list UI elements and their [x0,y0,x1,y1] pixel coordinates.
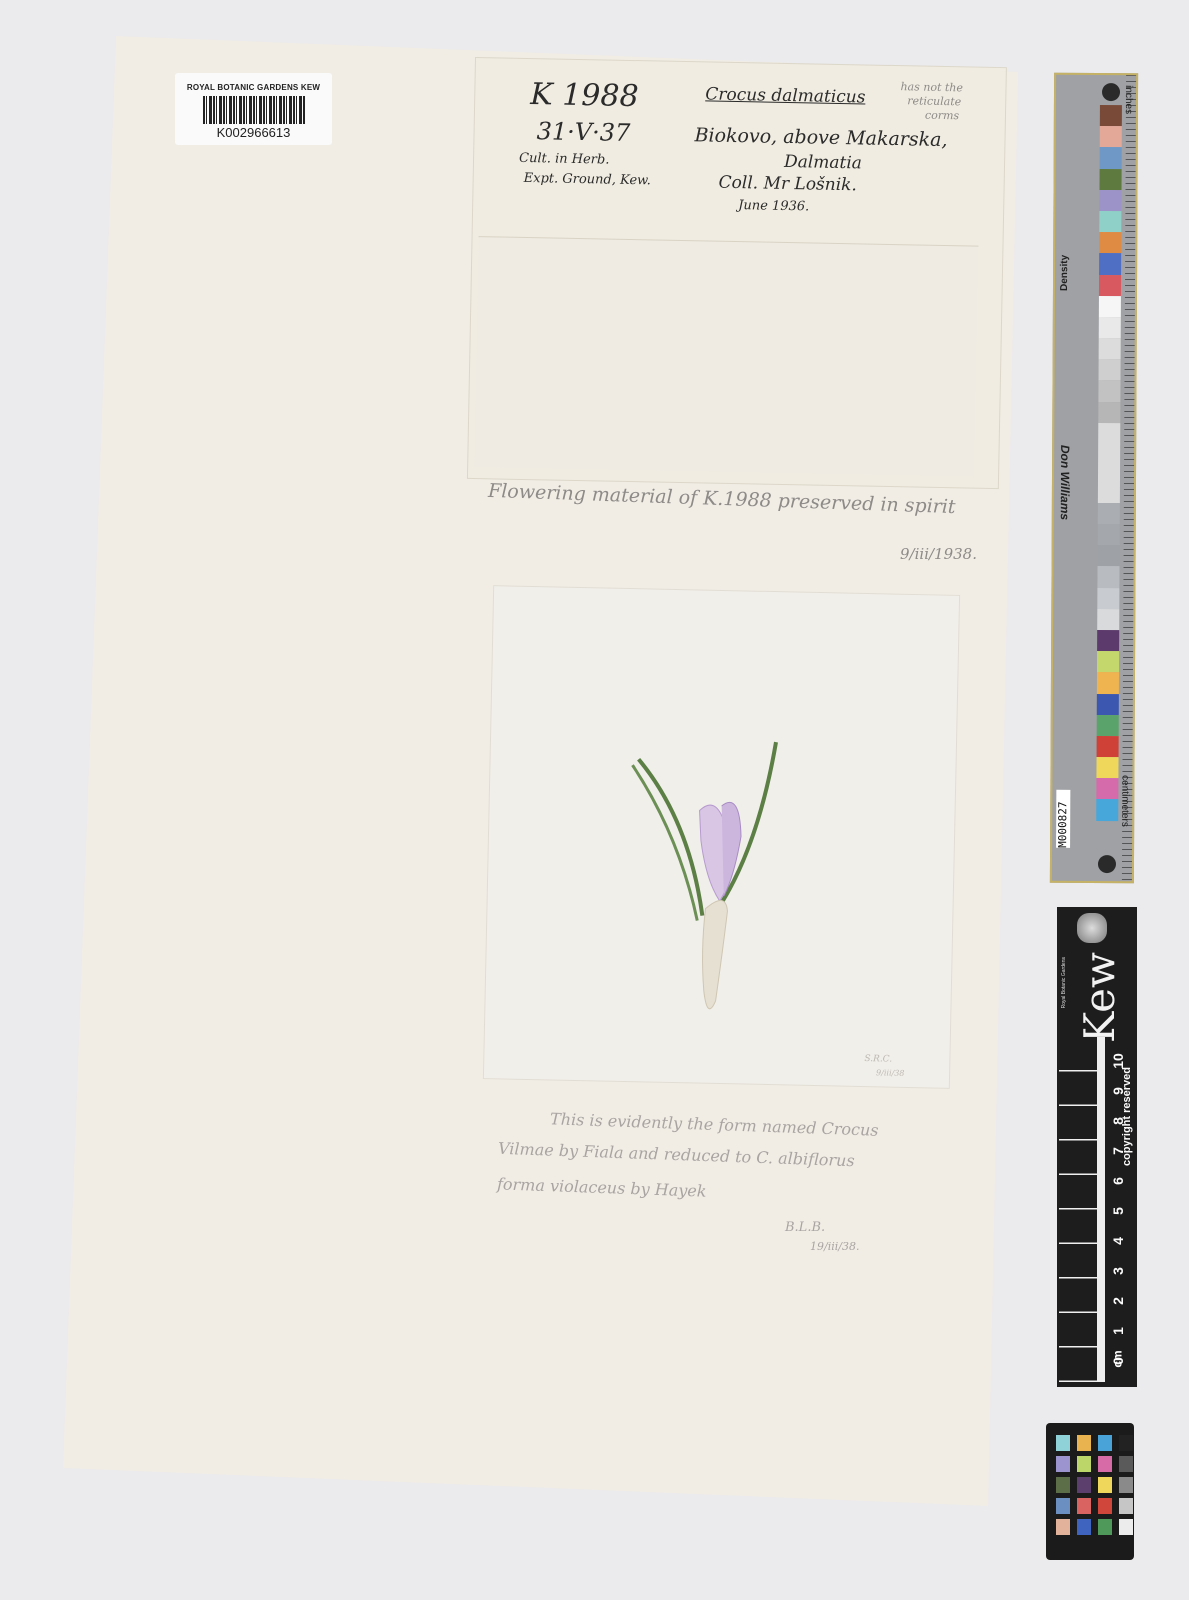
color-checker-card [1046,1423,1134,1560]
scale-tick-label: 1 [1110,1319,1126,1343]
scale-tick-label: 6 [1110,1169,1126,1193]
ruler-swatch [1097,672,1119,693]
copyright-label: copyright reserved [1121,1067,1133,1166]
scale-tick-label: 2 [1110,1289,1126,1313]
ruler-swatch [1100,147,1122,168]
scale-blocks [1059,1037,1105,1382]
ruler-swatch [1096,778,1118,799]
ruler-swatch [1099,253,1121,274]
spirit-annotation-date: 9/iii/1938. [900,545,977,563]
checker-cell [1119,1456,1133,1472]
ruler-swatch [1098,503,1120,524]
botanical-illustration: S.R.C. 9/iii/38 [483,585,960,1089]
ruler-swatch [1099,232,1121,253]
ruler-density-label: Density [1059,255,1070,291]
ruler-ticks [1122,75,1136,881]
checker-cell [1077,1477,1091,1493]
ruler-swatch [1099,317,1121,338]
specimen-envelope: K 1988 31·V·37 Crocus dalmaticus has not… [468,58,1006,488]
barcode-number: K002966613 [175,125,332,140]
ruler-id: M000827 [1056,790,1070,848]
ruler-swatch [1097,588,1119,609]
ruler-hole-icon [1102,83,1120,101]
ruler-swatch [1099,275,1121,296]
taxon-note-3: corms [925,109,959,123]
ruler-swatch [1099,296,1121,317]
checker-cell [1119,1477,1133,1493]
envelope-flap [474,236,978,477]
ruler-swatch [1098,402,1120,423]
ruler-swatch [1096,757,1118,778]
barcode-icon [203,96,305,124]
cultivation-line-1: Cult. in Herb. [519,151,610,168]
barcode-label: ROYAL BOTANIC GARDENS KEW K002966613 [175,73,332,145]
checker-cell [1056,1435,1070,1451]
checker-cell [1056,1498,1070,1514]
ruler-swatch [1098,423,1120,503]
ruler-swatch [1099,211,1121,232]
institution-name: ROYAL BOTANIC GARDENS KEW [175,83,332,92]
ruler-swatch [1097,651,1119,672]
cultivation-line-2: Expt. Ground, Kew. [524,171,651,188]
collection-date: June 1936. [738,198,809,214]
ruler-swatch [1100,105,1122,126]
ruler-swatch [1098,545,1120,566]
ruler-swatch [1100,169,1122,190]
ruler-hole-icon [1098,855,1116,873]
scale-tick-label: 3 [1110,1259,1126,1283]
ruler-swatch [1099,190,1121,211]
taxon-note-2: reticulate [907,94,961,108]
accession-number: K 1988 [530,77,639,114]
checker-cell [1119,1435,1133,1451]
ruler-brand: Don Williams [1058,445,1072,520]
scale-unit: cm [1111,1350,1125,1367]
checker-cell [1119,1498,1133,1514]
checker-cell [1098,1498,1112,1514]
kew-logo: Kew [1075,952,1124,1043]
note-initials: B.L.B. [785,1220,825,1235]
scale-tick-label: 5 [1110,1199,1126,1223]
ruler-swatch [1097,715,1119,736]
ruler-swatches [1096,105,1122,821]
scale-tick-label: 4 [1110,1229,1126,1253]
ruler-swatch [1098,380,1120,401]
checker-cell [1098,1519,1112,1535]
kew-subtitle: Royal Botanic Gardens [1061,957,1067,1008]
checker-cell [1056,1519,1070,1535]
ruler-swatch [1097,736,1119,757]
ruler-swatch [1096,799,1118,820]
taxon-name: Crocus dalmaticus [705,84,865,107]
illustration-date: 9/iii/38 [876,1068,905,1078]
ruler-swatch [1097,566,1119,587]
checker-cell [1056,1456,1070,1472]
kew-crest-icon [1077,913,1107,943]
ruler-swatch [1097,694,1119,715]
checker-cell [1077,1435,1091,1451]
region: Dalmatia [784,152,862,173]
kew-scale-bar: Royal Botanic Gardens Kew 109876543210 c… [1057,907,1137,1387]
collector: Coll. Mr Lošnik. [718,173,857,196]
checker-cell [1119,1519,1133,1535]
checker-cell [1077,1498,1091,1514]
locality: Biokovo, above Makarska, [694,124,947,151]
checker-cell [1056,1477,1070,1493]
illustrator-initials: S.R.C. [864,1054,892,1065]
crocus-drawing-icon [484,586,959,1088]
ruler-swatch [1099,338,1121,359]
ruler-swatch [1098,524,1120,545]
ruler-swatch [1097,630,1119,651]
color-density-ruler: inches Density Don Williams centimeters … [1050,73,1138,883]
checker-cell [1098,1435,1112,1451]
ruler-swatch [1097,609,1119,630]
checker-cell [1077,1519,1091,1535]
taxon-note-1: has not the [900,80,963,94]
ruler-swatch [1099,359,1121,380]
ruler-swatch [1100,126,1122,147]
note-date: 19/iii/38. [810,1240,859,1253]
checker-cell [1098,1456,1112,1472]
color-checker-grid [1056,1435,1133,1535]
accession-date: 31·V·37 [536,117,630,147]
checker-cell [1098,1477,1112,1493]
checker-cell [1077,1456,1091,1472]
